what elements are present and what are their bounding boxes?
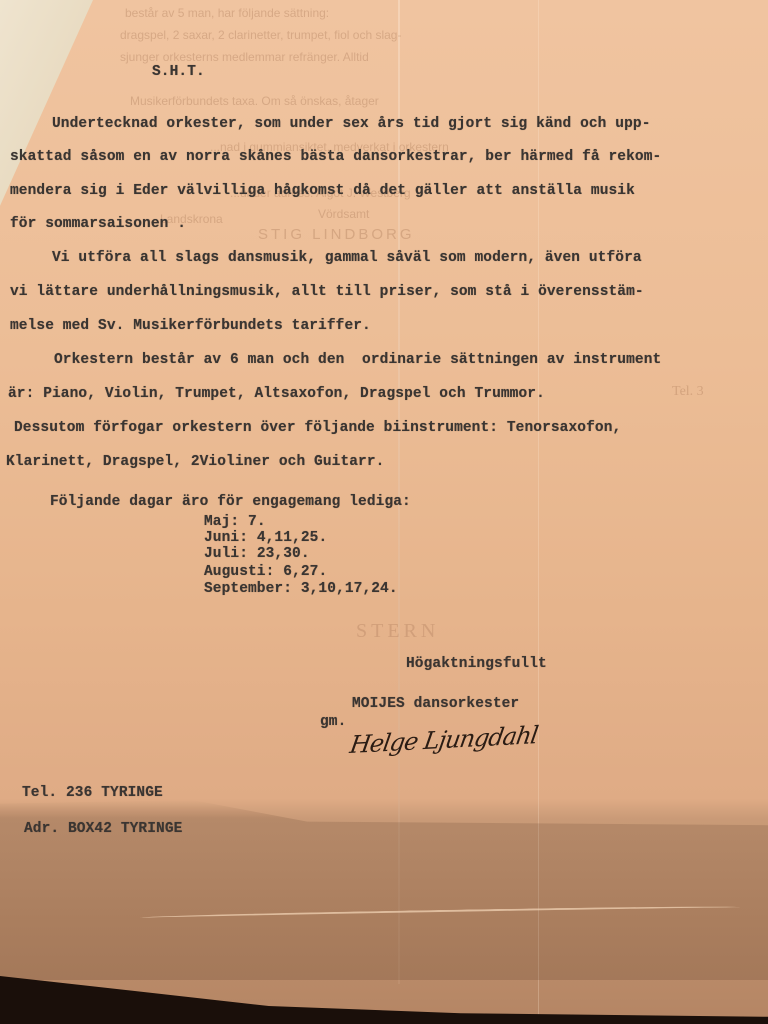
date-days: 7. — [248, 514, 266, 530]
bleed-through-heading: STERN — [356, 620, 439, 643]
date-row: Augusti: 6,27. — [204, 564, 327, 580]
bleed-through-line: sjunger orkesterns medlemmar refränger. … — [120, 50, 369, 64]
date-days: 3,10,17,24. — [301, 581, 398, 597]
paragraph-line: mendera sig i Eder välvilliga hågkomst d… — [10, 183, 635, 199]
paragraph-line: skattad såsom en av norra skånes bästa d… — [10, 149, 661, 165]
bleed-through-vordsamt: Vördsamt — [318, 207, 369, 221]
closing: Högaktningsfullt — [406, 656, 547, 672]
bleed-through-line: Musikerförbundets taxa. Om så önskas, åt… — [130, 94, 379, 108]
bleed-through-line: består av 5 man, har följande sättning: — [125, 6, 329, 20]
date-row: Juli: 23,30. — [204, 546, 310, 562]
date-days: 4,11,25. — [257, 530, 327, 546]
per-abbreviation: gm. — [320, 714, 346, 730]
paragraph-line: Undertecknad orkester, som under sex års… — [52, 116, 651, 132]
paragraph-line: Orkestern består av 6 man och den ordina… — [54, 352, 661, 368]
paragraph-line: vi lättare underhållningsmusik, allt til… — [10, 284, 644, 300]
bleed-through-name: STIG LINDBORG — [258, 226, 415, 243]
date-month: Augusti — [204, 564, 266, 580]
sender-name: MOIJES dansorkester — [352, 696, 519, 712]
bleed-through-tel: Tel. 3 — [672, 384, 704, 400]
date-month: September — [204, 581, 283, 597]
salutation: S.H.T. — [152, 64, 205, 80]
availability-intro: Följande dagar äro för engagemang lediga… — [50, 494, 411, 510]
paragraph-line: är: Piano, Violin, Trumpet, Altsaxofon, … — [8, 386, 545, 402]
date-row: September: 3,10,17,24. — [204, 581, 398, 597]
date-month: Maj — [204, 514, 230, 530]
contact-tel: Tel. 236 TYRINGE — [22, 785, 163, 801]
date-days: 6,27. — [283, 564, 327, 580]
date-month: Juni — [204, 530, 239, 546]
bleed-through-line: dragspel, 2 saxar, 2 clarinetter, trumpe… — [120, 28, 401, 42]
paragraph-line: Klarinett, Dragspel, 2Violiner och Guita… — [6, 454, 384, 470]
paragraph-line: melse med Sv. Musikerförbundets tariffer… — [10, 318, 371, 334]
paragraph-line: för sommarsaisonen . — [10, 216, 186, 232]
date-month: Juli — [204, 546, 239, 562]
paragraph-line: Dessutom förfogar orkestern över följand… — [14, 420, 621, 436]
paragraph-line: Vi utföra all slags dansmusik, gammal så… — [52, 250, 642, 266]
date-days: 23,30. — [257, 546, 310, 562]
contact-address: Adr. BOX42 TYRINGE — [24, 821, 182, 837]
date-row: Juni: 4,11,25. — [204, 530, 327, 546]
date-row: Maj: 7. — [204, 514, 266, 530]
